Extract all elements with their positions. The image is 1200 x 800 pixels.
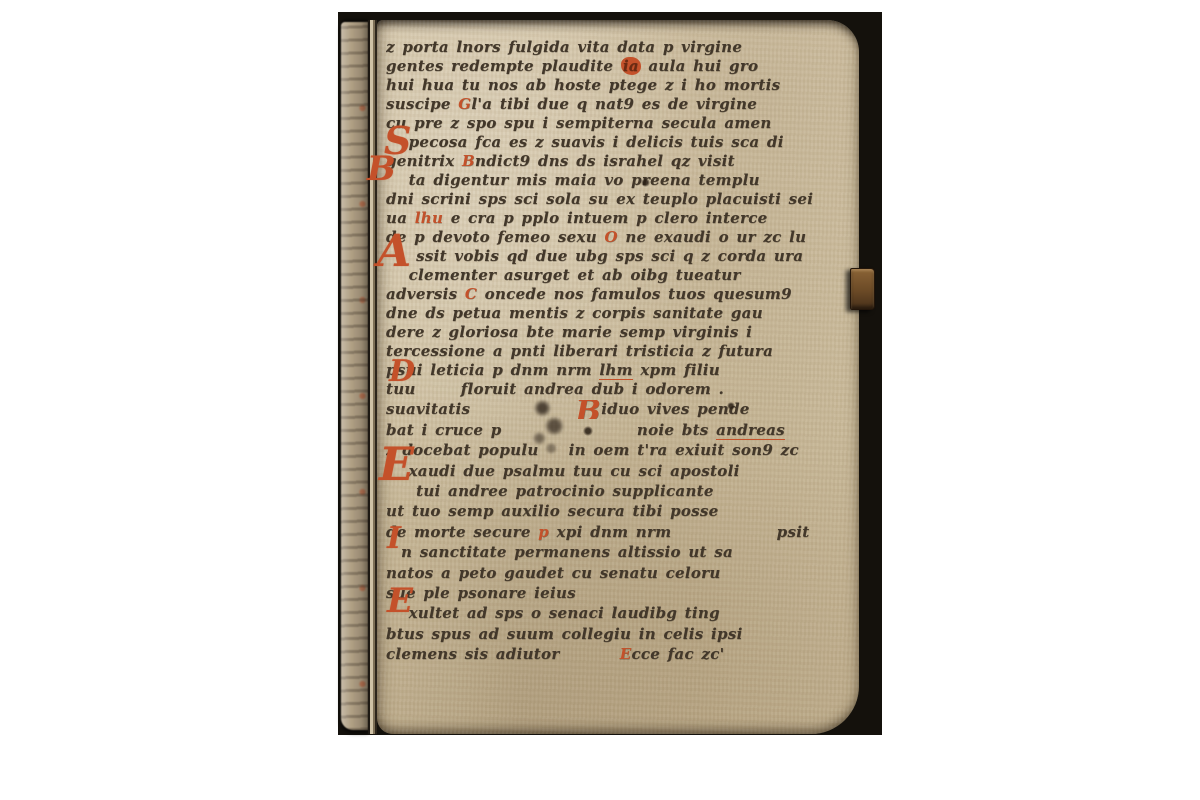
ink-text: cu pre z spo spu i sempiterna secula ame…: [386, 114, 772, 132]
text-line: bat i cruce p noie bts andreas: [386, 421, 854, 440]
ink-text: bat i cruce p noie bts: [386, 421, 716, 439]
text-line: ua lhu e cra p pplo intuem p clero inter…: [386, 209, 854, 228]
text-line: cu pre z spo spu i sempiterna secula ame…: [386, 114, 854, 133]
rubric-initial: I: [387, 525, 401, 552]
ink-text: z porta lnors fulgida vita data p virgin…: [386, 38, 742, 56]
text-line: pecosa fca es z suavis i delicis tuis sc…: [386, 133, 854, 152]
ink-text: dni scrini sps sci sola su ex teuplo pla…: [386, 190, 813, 208]
ink-text: dere z gloriosa bte marie semp virginis …: [386, 323, 752, 341]
ink-stain: [727, 402, 735, 410]
ink-text: xultet ad sps o senaci laudibg ting: [386, 604, 720, 622]
text-line: adversis C oncede nos famulos tuos quesu…: [386, 285, 854, 304]
rubric-initial: D: [389, 358, 415, 385]
rubric-text: C: [465, 285, 477, 303]
rubric-text: G: [458, 95, 471, 113]
ink-text: suavitatis: [386, 400, 576, 418]
text-line: dni scrini sps sci sola su ex teuplo pla…: [386, 190, 854, 209]
ink-text: ndict9 dns ds israhel qz visit: [475, 152, 735, 170]
text-line: ut tuo semp auxilio secura tibi posse: [386, 502, 854, 521]
ink-text: ssit vobis qd due ubg sps sci q z corda …: [386, 247, 803, 265]
text-line: btus spus ad suum collegiu in celis ipsi: [386, 625, 854, 644]
ink-text: dne ds petua mentis z corpis sanitate ga…: [386, 304, 763, 322]
ink-text: oncede nos famulos tuos quesum9: [477, 285, 792, 303]
text-line: clemens sis adiutor Ecce fac zc': [386, 645, 854, 664]
text-line: sue ple psonare ieius: [386, 584, 854, 603]
previous-folio-edge: [341, 22, 368, 730]
text-line: clementer asurget et ab oibg tueatur: [386, 266, 854, 285]
text-line: gentes redempte plaudite ia aula hui gro: [386, 57, 854, 76]
ink-text: andreas: [716, 421, 785, 440]
ink-text: ut tuo semp auxilio secura tibi posse: [386, 502, 719, 520]
ink-text: suscipe: [386, 95, 458, 113]
ink-text: pecosa fca es z suavis i delicis tuis sc…: [386, 133, 784, 151]
text-line: xaudi due psalmu tuu cu sci apostoli: [386, 462, 854, 481]
text-line: dere z gloriosa bte marie semp virginis …: [386, 323, 854, 342]
ink-text: xaudi due psalmu tuu cu sci apostoli: [386, 462, 740, 480]
ink-text: n sanctitate permanens altissio ut sa: [386, 543, 733, 561]
ink-text: l'a tibi due q nat9 es de virgine: [471, 95, 757, 113]
ink-text: xpm filiu: [633, 361, 720, 379]
rubric-initial: B: [367, 154, 396, 185]
rubric-text: E: [620, 645, 632, 663]
rubric-initial: E: [379, 444, 414, 485]
ink-text: sue ple psonare ieius: [386, 584, 576, 602]
text-line: de p devoto femeo sexu O ne exaudi o ur …: [386, 228, 854, 247]
text-line: genitrix Bndict9 dns ds israhel qz visit: [386, 152, 854, 171]
text-line: n sanctitate permanens altissio ut sa: [386, 543, 854, 562]
text-line: tuu floruit andrea dub i odorem .: [386, 380, 854, 399]
ink-text: btus spus ad suum collegiu in celis ipsi: [386, 625, 743, 643]
rubric-initial: A: [377, 232, 411, 272]
text-line: de morte secure p xpi dnm nrm psit: [386, 523, 854, 542]
text-line: psui leticia p dnm nrm lhm xpm filiu: [386, 361, 854, 380]
rubric-text: p: [538, 523, 549, 541]
ink-stain: [583, 426, 593, 436]
ink-text: ta digentur mis maia vo preena templu: [386, 171, 760, 189]
ink-text: cce fac zc': [631, 645, 724, 663]
ink-text: z docebat populu in oem t'ra exiuit son9…: [386, 441, 799, 459]
text-line: natos a peto gaudet cu senatu celoru: [386, 564, 854, 583]
text-line: ssit vobis qd due ubg sps sci q z corda …: [386, 247, 854, 266]
rubric-text: B: [462, 152, 475, 170]
text-line: tercessione a pnti liberari tristicia z …: [386, 342, 854, 361]
ink-text: aula hui gro: [641, 57, 759, 75]
rubric-text: lhu: [415, 209, 443, 227]
ink-text: xpi dnm nrm psit: [549, 523, 809, 541]
text-block: z porta lnors fulgida vita data p virgin…: [386, 20, 856, 720]
ink-text: tui andree patrocinio supplicante: [386, 482, 714, 500]
binding-gutter: [368, 20, 377, 734]
rubric-text: B: [576, 400, 602, 419]
ink-text: ia: [621, 57, 641, 75]
manuscript-page: z porta lnors fulgida vita data p virgin…: [377, 20, 859, 734]
text-line: z docebat populu in oem t'ra exiuit son9…: [386, 441, 854, 460]
text-line: suscipe Gl'a tibi due q nat9 es de virgi…: [386, 95, 854, 114]
rubric-text: O: [604, 228, 617, 246]
manuscript-photo: z porta lnors fulgida vita data p virgin…: [338, 12, 882, 735]
ink-text: de p devoto femeo sexu: [386, 228, 604, 246]
ink-text: e cra p pplo intuem p clero interce: [443, 209, 767, 227]
ink-text: lhm: [599, 361, 632, 380]
ink-text: tercessione a pnti liberari tristicia z …: [386, 342, 773, 360]
text-line: hui hua tu nos ab hoste ptege z i ho mor…: [386, 76, 854, 95]
leather-clasp: [850, 268, 875, 310]
ink-text: psui leticia p dnm nrm: [386, 361, 599, 379]
ink-text: tuu floruit andrea dub i odorem .: [386, 380, 724, 398]
ink-text: natos a peto gaudet cu senatu celoru: [386, 564, 721, 582]
ink-text: de morte secure: [386, 523, 538, 541]
text-line: z porta lnors fulgida vita data p virgin…: [386, 38, 854, 57]
text-line: xultet ad sps o senaci laudibg ting: [386, 604, 854, 623]
ink-text: ua: [386, 209, 415, 227]
ink-stain: [641, 178, 650, 187]
rubric-initial: E: [387, 586, 413, 617]
text-line: dne ds petua mentis z corpis sanitate ga…: [386, 304, 854, 323]
text-line: tui andree patrocinio supplicante: [386, 482, 854, 501]
ink-text: clemens sis adiutor: [386, 645, 620, 663]
text-line: suavitatis Biduo vives pende: [386, 400, 854, 419]
ink-text: gentes redempte plaudite: [386, 57, 621, 75]
ink-text: adversis: [386, 285, 465, 303]
ink-text: hui hua tu nos ab hoste ptege z i ho mor…: [386, 76, 780, 94]
ink-text: ne exaudi o ur zc lu: [618, 228, 806, 246]
screenshot-frame: z porta lnors fulgida vita data p virgin…: [0, 0, 1200, 800]
text-line: ta digentur mis maia vo preena templu: [386, 171, 854, 190]
ink-text: clementer asurget et ab oibg tueatur: [386, 266, 741, 284]
